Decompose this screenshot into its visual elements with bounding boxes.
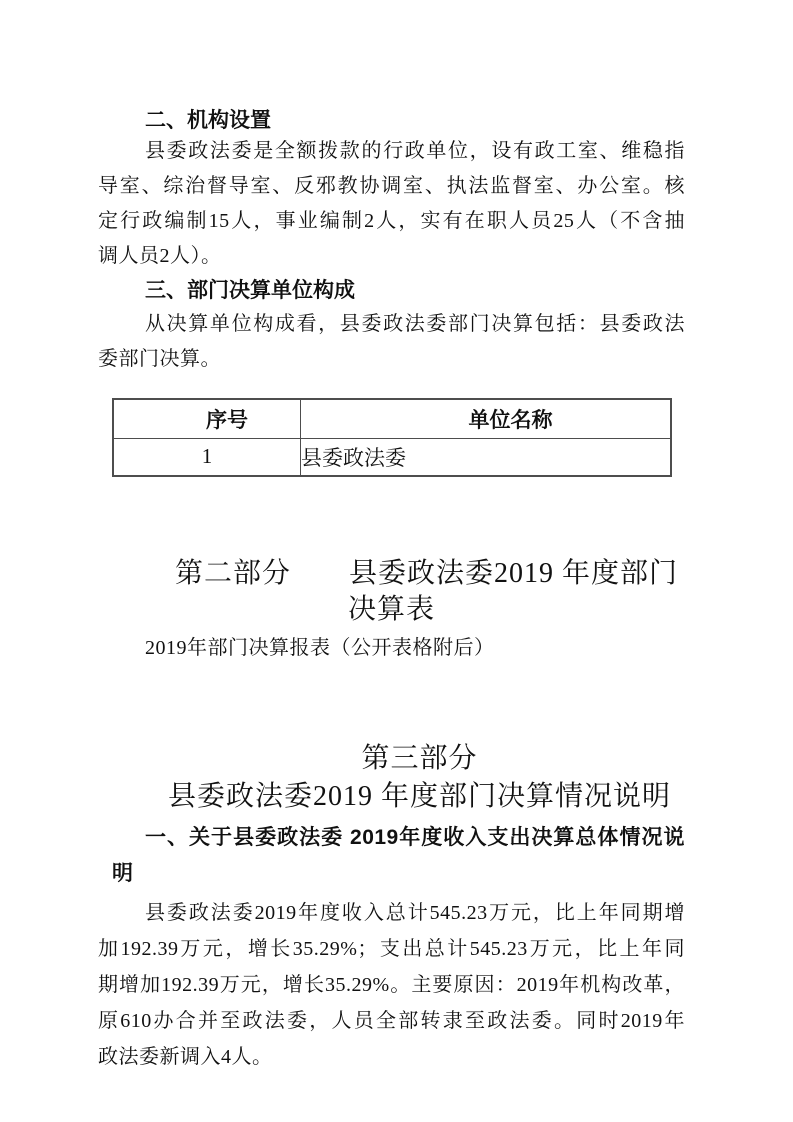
text-line: 县委政法委是全额拨款的行政单位，设有政工室、维稳指 <box>98 134 685 169</box>
part3-title: 第三部分 县委政法委2019 年度部门决算情况说明 <box>98 740 685 816</box>
part2-title-line1: 第二部分 县委政法委2019 年度部门 <box>98 556 685 592</box>
text-line: 委部门决算。 <box>98 342 685 377</box>
text-line: 原610办合并至政法委，人员全部转隶至政法委。同时2019年 <box>98 1003 685 1039</box>
org-setup-heading: 二、机构设置 <box>98 107 732 135</box>
overview-paragraph: 县委政法委2019年度收入总计545.23万元，比上年同期增 加192.39万元… <box>98 895 685 1075</box>
units-table: 序号 单位名称 1 县委政法委 <box>112 398 672 477</box>
overview-heading-line2: 明 <box>98 856 685 892</box>
text-line: 期增加192.39万元，增长35.29%。主要原因：2019年机构改革， <box>98 967 685 1003</box>
part3-title-line1: 第三部分 <box>98 740 685 778</box>
text-line: 从决算单位构成看，县委政法委部门决算包括：县委政法 <box>98 307 685 342</box>
part2-title-line2: 决算表 <box>98 592 685 628</box>
text-line: 调人员2人）。 <box>98 239 685 274</box>
table-row: 1 县委政法委 <box>113 438 671 476</box>
cell-unit-name: 县委政法委 <box>301 438 672 476</box>
part2-note: 2019年部门决算报表（公开表格附后） <box>98 633 732 663</box>
text-line: 县委政法委2019年度收入总计545.23万元，比上年同期增 <box>98 895 685 931</box>
header-cell-unit-name: 单位名称 <box>301 399 672 438</box>
table-header-row: 序号 单位名称 <box>113 399 671 438</box>
text-line: 政法委新调入4人。 <box>98 1039 685 1075</box>
text-line: 定行政编制15人，事业编制2人，实有在职人员25人（不含抽 <box>98 204 685 239</box>
unit-composition-heading: 三、部门决算单位构成 <box>98 277 732 305</box>
header-cell-seq-no: 序号 <box>113 399 301 438</box>
part3-title-line2: 县委政法委2019 年度部门决算情况说明 <box>98 778 685 816</box>
document-page: 二、机构设置 县委政法委是全额拨款的行政单位，设有政工室、维稳指 导室、综治督导… <box>0 0 793 1122</box>
unit-composition-paragraph: 从决算单位构成看，县委政法委部门决算包括：县委政法 委部门决算。 <box>98 307 685 377</box>
overview-heading: 一、关于县委政法委 2019年度收入支出决算总体情况说 明 <box>98 820 685 892</box>
cell-seq-no: 1 <box>113 438 301 476</box>
overview-heading-line1: 一、关于县委政法委 2019年度收入支出决算总体情况说 <box>98 820 685 856</box>
part2-title: 第二部分 县委政法委2019 年度部门 决算表 <box>98 556 685 628</box>
org-setup-paragraph: 县委政法委是全额拨款的行政单位，设有政工室、维稳指 导室、综治督导室、反邪教协调… <box>98 134 685 274</box>
text-line: 加192.39万元，增长35.29%；支出总计545.23万元，比上年同 <box>98 931 685 967</box>
text-line: 导室、综治督导室、反邪教协调室、执法监督室、办公室。核 <box>98 169 685 204</box>
